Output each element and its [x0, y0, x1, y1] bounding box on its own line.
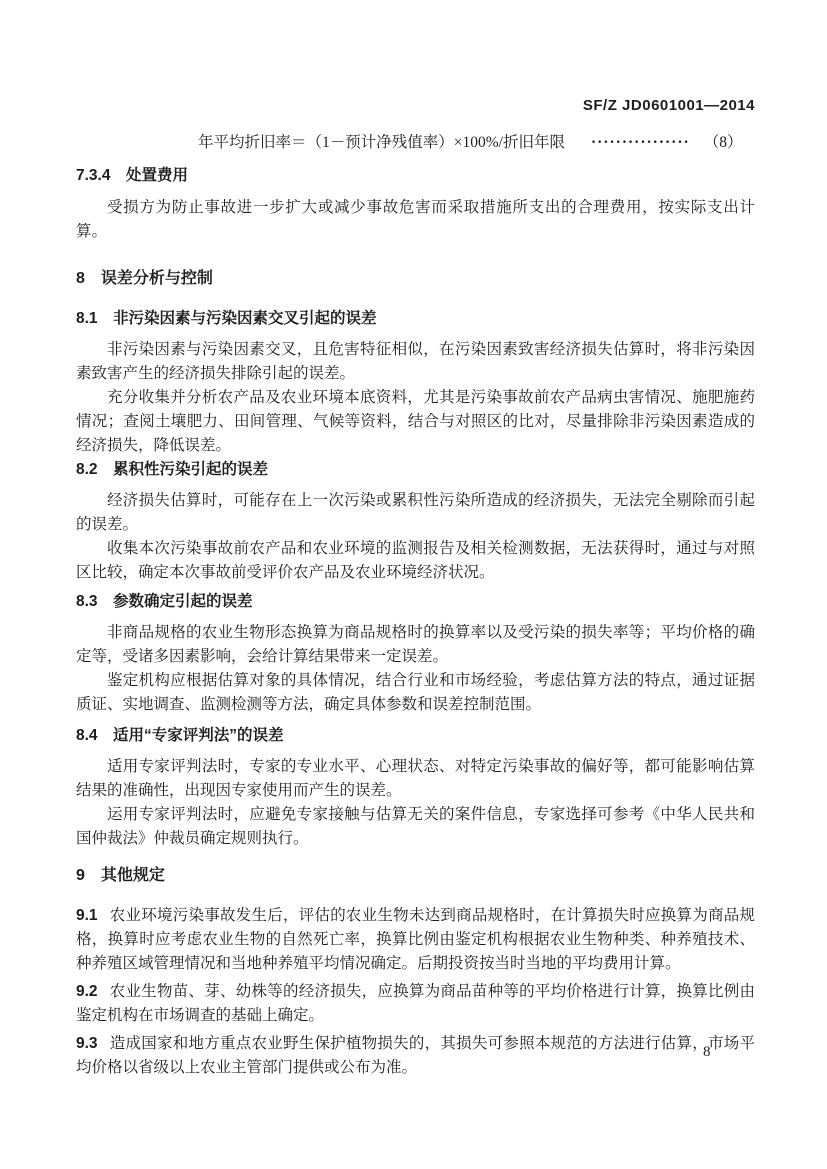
heading-8-3: 8.3 参数确定引起的误差 — [76, 592, 755, 612]
clause-text: 造成国家和地方重点农业野生保护植物损失的，其损失可参照本规范的方法进行估算，市场… — [76, 1035, 755, 1076]
heading-8-1: 8.1 非污染因素与污染因素交叉引起的误差 — [76, 309, 755, 329]
document-page: SF/Z JD0601001—2014 年平均折旧率＝（1－预计净残值率）×10… — [0, 0, 827, 1169]
paragraph: 运用专家评判法时，应避免专家接触与估算无关的案件信息，专家选择可参考《中华人民共… — [76, 803, 755, 851]
clause-number: 9.1 — [76, 907, 98, 924]
formula-row: 年平均折旧率＝（1－预计净残值率）×100%/折旧年限 ············… — [76, 130, 755, 152]
heading-7-3-4: 7.3.4 处置费用 — [76, 166, 755, 186]
heading-chapter-8: 8 误差分析与控制 — [76, 268, 755, 289]
heading-chapter-9: 9 其他规定 — [76, 865, 755, 886]
paragraph: 非污染因素与污染因素交叉，且危害特征相似，在污染因素致害经济损失估算时，将非污染… — [76, 338, 755, 386]
paragraph: 鉴定机构应根据估算对象的具体情况，结合行业和市场经验，考虑估算方法的特点，通过证… — [76, 669, 755, 717]
heading-8-2: 8.2 累积性污染引起的误差 — [76, 460, 755, 480]
paragraph: 收集本次污染事故前农产品和农业环境的监测报告及相关检测数据，无法获得时，通过与对… — [76, 537, 755, 585]
clause-number: 9.2 — [76, 983, 98, 1000]
paragraph: 充分收集并分析农产品及农业环境本底资料，尤其是污染事故前农产品病虫害情况、施肥施… — [76, 386, 755, 458]
clause-9-3: 9.3造成国家和地方重点农业野生保护植物损失的，其损失可参照本规范的方法进行估算… — [76, 1032, 755, 1080]
standard-code: SF/Z JD0601001—2014 — [76, 97, 755, 114]
paragraph: 适用专家评判法时，专家的专业水平、心理状态、对特定污染事故的偏好等，都可能影响估… — [76, 755, 755, 803]
formula-text: 年平均折旧率＝（1－预计净残值率）×100%/折旧年限 — [198, 130, 565, 152]
clause-9-2: 9.2农业生物苗、芽、幼株等的经济损失，应换算为商品苗种等的平均价格进行计算，换… — [76, 980, 755, 1028]
heading-8-4: 8.4 适用“专家评判法”的误差 — [76, 726, 755, 746]
page-number: 8 — [703, 1044, 711, 1061]
paragraph: 受损方为防止事故进一步扩大或减少事故危害而采取措施所支出的合理费用，按实际支出计… — [76, 196, 755, 244]
clause-text: 农业生物苗、芽、幼株等的经济损失，应换算为商品苗种等的平均价格进行计算，换算比例… — [76, 983, 755, 1024]
clause-number: 9.3 — [76, 1035, 98, 1052]
formula-leader-dots: ················ — [591, 134, 690, 152]
paragraph: 非商品规格的农业生物形态换算为商品规格时的换算率以及受污染的损失率等；平均价格的… — [76, 621, 755, 669]
clause-text: 农业环境污染事故发生后，评估的农业生物未达到商品规格时，在计算损失时应换算为商品… — [76, 907, 755, 972]
formula-number: （8） — [704, 130, 743, 152]
page-content: SF/Z JD0601001—2014 年平均折旧率＝（1－预计净残值率）×10… — [76, 0, 755, 1080]
clause-9-1: 9.1农业环境污染事故发生后，评估的农业生物未达到商品规格时，在计算损失时应换算… — [76, 904, 755, 976]
paragraph: 经济损失估算时，可能存在上一次污染或累积性污染所造成的经济损失，无法完全剔除而引… — [76, 489, 755, 537]
